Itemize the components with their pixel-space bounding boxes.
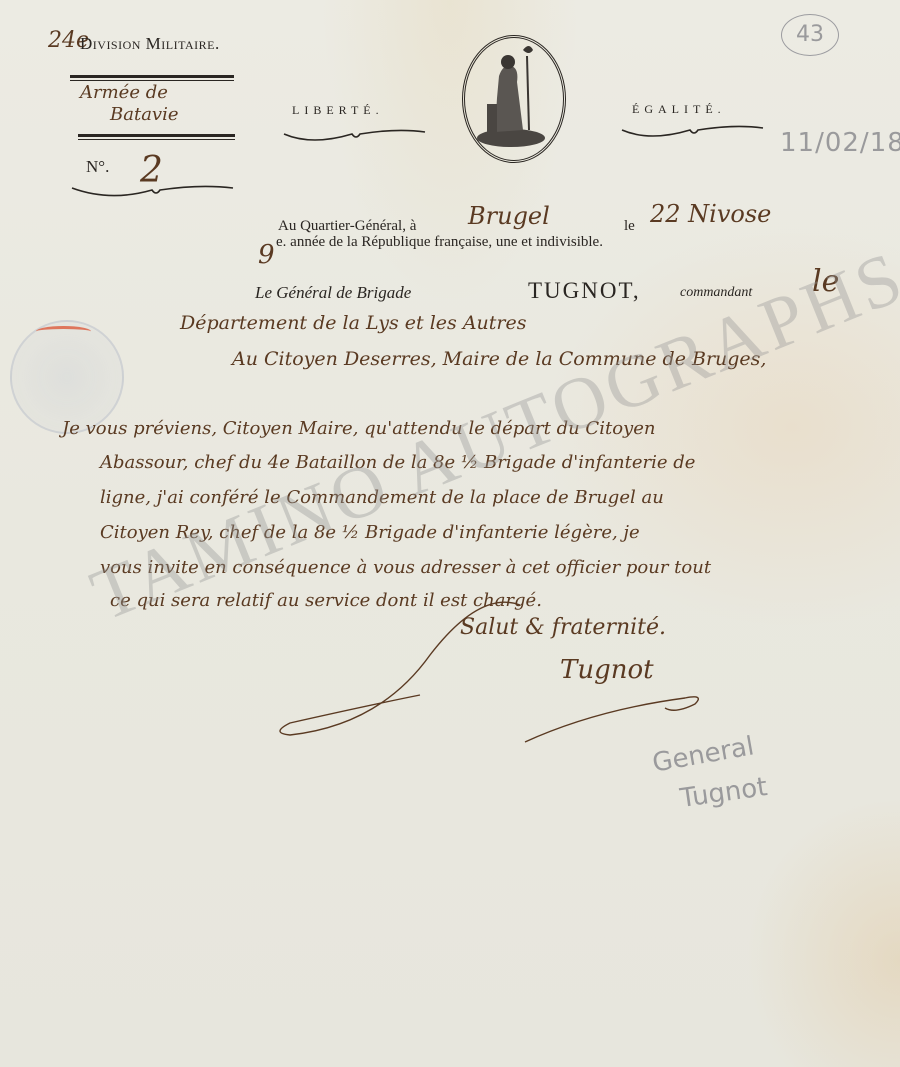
ink-stamp: [10, 320, 124, 434]
flourish-liberte: [282, 128, 427, 148]
liberty-medallion-icon: [462, 35, 566, 163]
number-label: N°.: [86, 157, 109, 177]
department-line: Département de la Lys et les Autres: [180, 312, 527, 334]
rule-top: [70, 75, 234, 78]
flourish-number: [70, 180, 235, 202]
place-value: Brugel: [468, 202, 550, 230]
sender-name: TUGNOT,: [528, 278, 641, 304]
army-line-2: Batavie: [110, 104, 179, 125]
rule-bottom: [78, 134, 235, 137]
signature-flourish: [515, 680, 715, 750]
archive-number: 43: [781, 14, 839, 56]
flourish-egalite: [620, 124, 765, 144]
le-label: le: [624, 218, 635, 235]
division-label: Division Militaire.: [80, 34, 220, 54]
pencil-date: 11/02/1801: [780, 128, 900, 158]
date-value: 22 Nivose: [650, 200, 771, 228]
motto-egalite: ÉGALITÉ.: [632, 102, 726, 117]
red-seal-trace: [36, 326, 91, 337]
quartier-label: Au Quartier-Général, à: [278, 218, 416, 235]
rule-bottom-thin: [78, 139, 235, 140]
army-line-1: Armée de: [80, 82, 168, 103]
sender-title: Le Général de Brigade: [255, 283, 411, 303]
rule-top-thin: [70, 80, 234, 81]
motto-liberte: LIBERTÉ.: [292, 103, 384, 118]
year-value: 9: [258, 240, 275, 270]
year-label: e. année de la République française, une…: [276, 234, 603, 251]
salutation: Salut & fraternité.: [460, 615, 666, 640]
